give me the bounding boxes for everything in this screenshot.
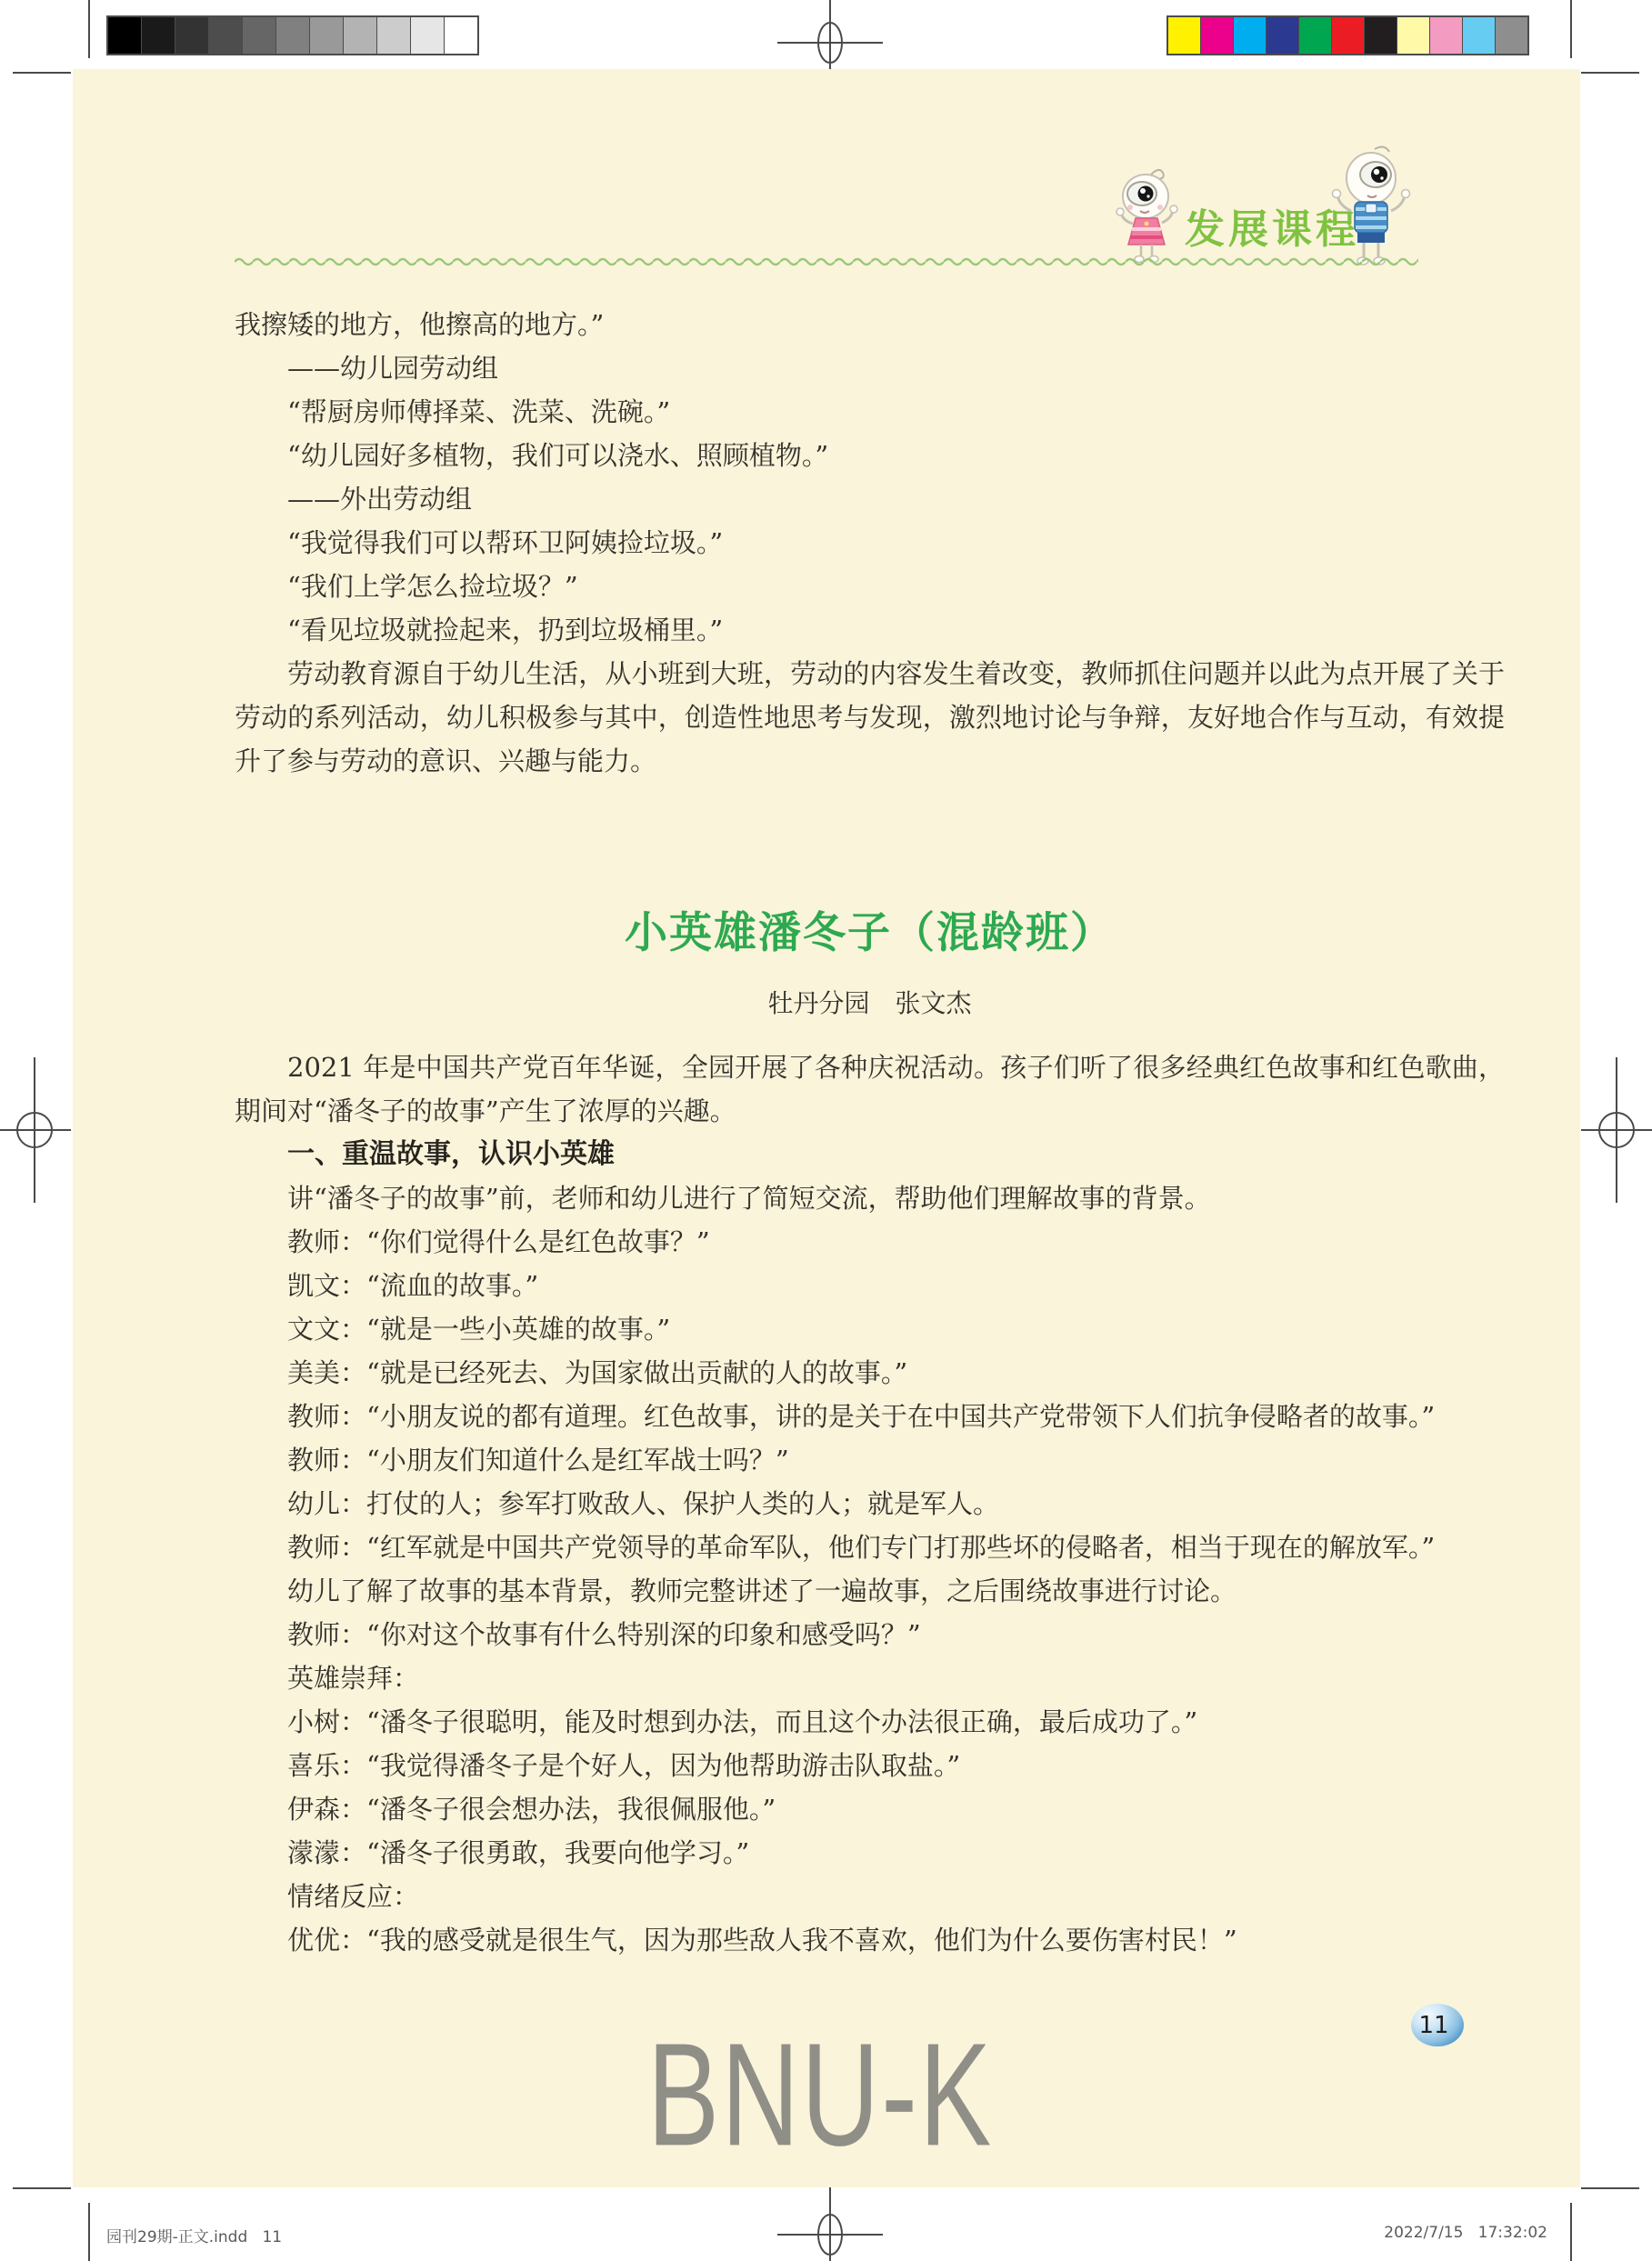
dialogue-line: 濛濛：“潘冬子很勇敢，我要向他学习。”	[235, 1831, 1505, 1875]
gray-swatch	[142, 17, 175, 54]
body-line: “我觉得我们可以帮环卫阿姨捡垃圾。”	[235, 521, 1505, 565]
closing-paragraph: 劳动教育源自于幼儿生活，从小班到大班，劳动的内容发生着改变，教师抓住问题并以此为…	[235, 652, 1505, 783]
article2: 小英雄潘冬子（混龄班） 牡丹分园 张文杰 2021 年是中国共产党百年华诞，全园…	[235, 902, 1505, 1962]
color-swatch	[1201, 17, 1234, 54]
color-swatch	[1496, 17, 1527, 54]
gray-swatch	[175, 17, 209, 54]
gray-swatch	[209, 17, 243, 54]
gray-swatch	[276, 17, 310, 54]
header-wavy-divider	[235, 255, 1418, 266]
grayscale-calibration-bar	[106, 15, 479, 55]
color-swatch	[1463, 17, 1496, 54]
dialogue-line: 幼儿：打仗的人；参军打败敌人、保护人类的人；就是军人。	[235, 1482, 1505, 1526]
trim-mark	[1581, 72, 1639, 74]
footer-timestamp: 2022/7/15 17:32:02	[1273, 2224, 1547, 2242]
trim-mark	[13, 2187, 71, 2189]
color-swatch	[1267, 17, 1299, 54]
body-line: “我们上学怎么捡垃圾？”	[235, 565, 1505, 608]
body-line: 幼儿了解了故事的基本背景，教师完整讲述了一遍故事，之后围绕故事进行讨论。	[235, 1569, 1505, 1613]
printed-page-proof: 发展课程 我擦矮的地方，他擦高的地方。” ——幼儿园劳动组 “帮厨房师傅择菜、	[0, 0, 1652, 2261]
section-heading: 一、重温故事，认识小英雄	[235, 1133, 1505, 1176]
color-swatch	[1234, 17, 1267, 54]
body-line: “帮厨房师傅择菜、洗菜、洗碗。”	[235, 390, 1505, 434]
trim-mark	[88, 0, 90, 58]
gray-swatch	[344, 17, 377, 54]
dialogue-line: 优优：“我的感受就是很生气，因为那些敌人我不喜欢，他们为什么要伤害村民！”	[235, 1918, 1505, 1962]
dialogue-line: 喜乐：“我觉得潘冬子是个好人，因为他帮助游击队取盐。”	[235, 1744, 1505, 1787]
gray-swatch	[310, 17, 344, 54]
intro-paragraph: 2021 年是中国共产党百年华诞，全园开展了各种庆祝活动。孩子们听了很多经典红色…	[235, 1045, 1505, 1133]
trim-mark	[1570, 0, 1572, 58]
dialogue-line: 伊森：“潘冬子很会想办法，我很佩服他。”	[235, 1787, 1505, 1831]
body-line: 我擦矮的地方，他擦高的地方。”	[235, 303, 1505, 346]
color-swatch	[1332, 17, 1365, 54]
color-calibration-bar	[1166, 15, 1529, 55]
gray-swatch	[108, 17, 142, 54]
gray-swatch	[243, 17, 276, 54]
dialogue-line: 小树：“潘冬子很聪明，能及时想到办法，而且这个办法很正确，最后成功了。”	[235, 1700, 1505, 1744]
body-line: “幼儿园好多植物，我们可以浇水、照顾植物。”	[235, 434, 1505, 477]
gray-swatch	[411, 17, 445, 54]
body-line: 讲“潘冬子的故事”前，老师和幼儿进行了简短交流，帮助他们理解故事的背景。	[235, 1176, 1505, 1220]
dialogue-line: 凯文：“流血的故事。”	[235, 1264, 1505, 1307]
trim-mark	[1570, 2203, 1572, 2261]
article1-continuation: 我擦矮的地方，他擦高的地方。” ——幼儿园劳动组 “帮厨房师傅择菜、洗菜、洗碗。…	[235, 303, 1505, 783]
body-line: ——外出劳动组	[235, 477, 1505, 521]
dialogue-line: 美美：“就是已经死去、为国家做出贡献的人的故事。”	[235, 1351, 1505, 1395]
trim-mark	[88, 2203, 90, 2261]
body-line: “看见垃圾就捡起来，扔到垃圾桶里。”	[235, 608, 1505, 652]
dialogue-line: 教师：“小朋友们知道什么是红军战士吗？”	[235, 1438, 1505, 1482]
footer-filename: 园刊29期-正文.indd 11	[106, 2224, 282, 2246]
body-line: 情绪反应：	[235, 1875, 1505, 1918]
color-swatch	[1365, 17, 1397, 54]
page-number-badge: 11	[1411, 2004, 1464, 2046]
watermark-text: BNU-K	[647, 2011, 994, 2180]
trim-mark	[13, 72, 71, 74]
trim-mark	[1581, 2187, 1639, 2189]
dialogue-line: 教师：“你对这个故事有什么特别深的印象和感受吗？”	[235, 1613, 1505, 1656]
body-line: 英雄崇拜：	[235, 1656, 1505, 1700]
dialogue-line: 文文：“就是一些小英雄的故事。”	[235, 1307, 1505, 1351]
dialogue-line: 教师：“小朋友说的都有道理。红色故事，讲的是关于在中国共产党带领下人们抗争侵略者…	[235, 1395, 1505, 1438]
color-swatch	[1397, 17, 1430, 54]
registration-mark-bottom	[757, 2185, 903, 2261]
mascot-girl-icon	[1111, 165, 1184, 267]
dialogue-line: 教师：“你们觉得什么是红色故事？”	[235, 1220, 1505, 1264]
page-number: 11	[1418, 2012, 1448, 2039]
gray-swatch	[445, 17, 477, 54]
color-swatch	[1168, 17, 1201, 54]
color-swatch	[1299, 17, 1332, 54]
article-title: 小英雄潘冬子（混龄班）	[235, 902, 1505, 965]
article-author: 牡丹分园 张文杰	[235, 985, 1505, 1022]
color-swatch	[1430, 17, 1463, 54]
mascot-boy-icon	[1327, 144, 1414, 269]
body-line: ——幼儿园劳动组	[235, 346, 1505, 390]
gray-swatch	[377, 17, 411, 54]
dialogue-line: 教师：“红军就是中国共产党领导的革命军队，他们专门打那些坏的侵略者，相当于现在的…	[235, 1526, 1505, 1569]
